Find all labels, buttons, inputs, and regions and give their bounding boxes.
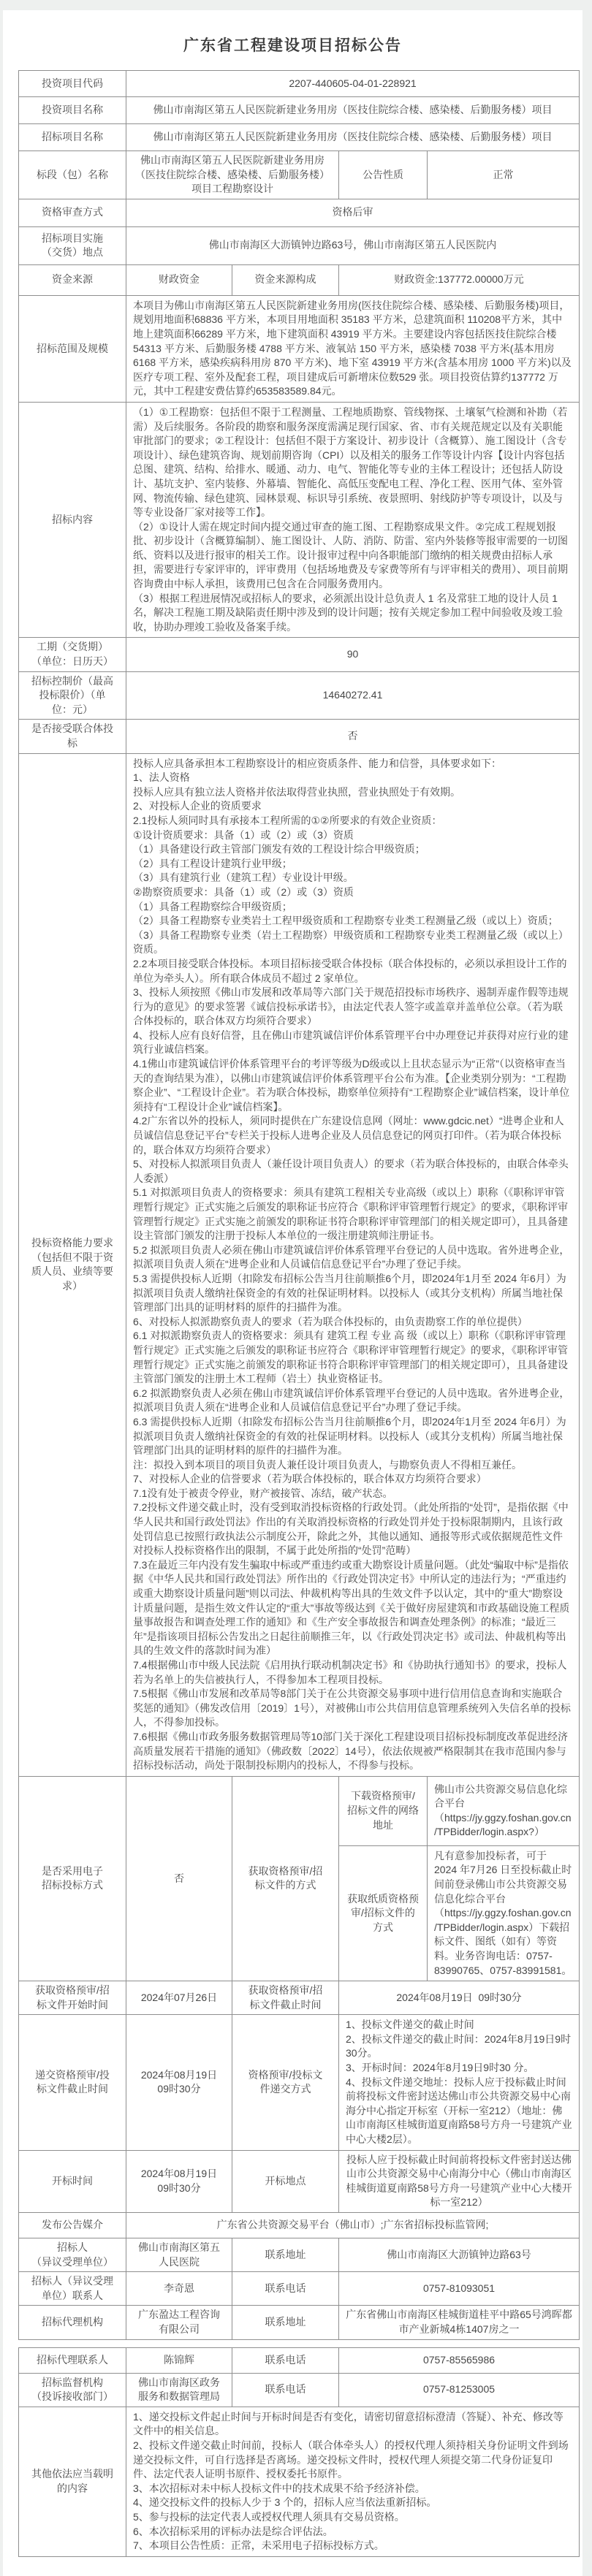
table-row: 招标内容（1）①工程勘察：包括但不限于工程测量、工程地质勘察、管线物探、土壤氡气…	[19, 402, 580, 638]
table-row: 招标监督机构 （投诉接收部门）佛山市南海区政务 服务和数据管理局联系电话0757…	[19, 2373, 580, 2407]
agency-contact-label: 招标代理联系人	[19, 2347, 126, 2373]
funding-composition-value: 财政资金:137772.00000万元	[339, 264, 580, 295]
other-content-label: 其他依法应当载明 的内容	[19, 2407, 126, 2556]
qualification-review-label: 资格审查方式	[19, 199, 126, 226]
table-row: 其他依法应当载明 的内容1、递交投标文件起止时间与开标时间是否有变化，请密切留意…	[19, 2407, 580, 2556]
table-row: 招标人（异议受理 单位）联系人李奇恩联系电话0757-81093051	[19, 2272, 580, 2306]
doc-deadline-label: 获取资格预审/招 标文件截止时间	[232, 1981, 339, 2015]
qualification-review-value: 资格后审	[126, 199, 580, 226]
page-title: 广东省工程建设项目招标公告	[3, 34, 582, 56]
funding-source-label: 资金来源	[19, 264, 126, 295]
investment-name-label: 投资项目名称	[19, 97, 126, 124]
bidder-qualification-value: 投标人应具备承担本工程勘察设计的相应资质条件、能力和信誉，具体要求如下： 1、法…	[126, 753, 580, 1776]
e-bidding-value: 否	[126, 1776, 232, 1981]
consortium-label: 是否接受联合体投 标	[19, 720, 126, 753]
funding-composition-label: 资金来源构成	[232, 264, 339, 295]
submit-method-label: 资格预审/投标文 件递交方式	[232, 2015, 339, 2150]
table-row: 是否采用电子 招标投标方式否获取资格预审/招 标文件的方式下载资格预审/ 招标文…	[19, 1776, 580, 1845]
other-content-value: 1、递交投标文件起止时间与开标时间是否有变化，请密切留意招标澄清（答疑）、补充、…	[126, 2407, 580, 2556]
table-row: 投资项目代码2207-440605-04-01-228921	[19, 71, 580, 97]
table-row: 递交资格预审/投 标文件截止时间2024年08月19日 09时30分资格预审/投…	[19, 2015, 580, 2150]
table-row: 招标代理联系人陈锦辉联系电话0757-85565986	[19, 2347, 580, 2373]
announcement-media-value: 广东省公共资源交易平台（佛山市）;广东省招标投标监管网;	[126, 2213, 580, 2238]
supervisor-phone-label: 联系电话	[232, 2373, 339, 2407]
paper-doc-method-label: 获取纸质资格预 审/招标文件的 方式	[339, 1845, 428, 1981]
tenderer-phone-label: 联系电话	[232, 2272, 339, 2306]
supervisor-phone-value: 0757-81253005	[339, 2373, 580, 2407]
duration-value: 90	[126, 638, 580, 671]
doc-start-time-label: 获取资格预审/招 标文件开始时间	[19, 1981, 126, 2015]
table-row: 招标代理机构广东盈达工程咨询 有限公司联系地址广东省佛山市南海区桂城街道桂平中路…	[19, 2306, 580, 2339]
consortium-value: 否	[126, 720, 580, 753]
table-row: 招标项目名称佛山市南海区第五人民医院新建业务用房（医技住院综合楼、感染楼、后勤服…	[19, 124, 580, 151]
agency-contact-value: 陈锦辉	[126, 2347, 232, 2373]
table-row: 是否接受联合体投 标否	[19, 720, 580, 753]
supervisor-value: 佛山市南海区政务 服务和数据管理局	[126, 2373, 232, 2407]
tenderer-address-value: 佛山市南海区大沥镇钟边路63号	[339, 2238, 580, 2272]
opening-place-label: 开标地点	[232, 2150, 339, 2212]
paper-doc-method-value: 凡有意参加投标者，可于 2024 年7月26 日至投标截止时间前登录佛山市公共资…	[428, 1845, 580, 1981]
e-bidding-label: 是否采用电子 招标投标方式	[19, 1776, 126, 1981]
investment-code-label: 投资项目代码	[19, 71, 126, 97]
announcement-page: 广东省工程建设项目招标公告 投资项目代码2207-440605-04-01-22…	[3, 10, 582, 2576]
supervisor-label: 招标监督机构 （投诉接收部门）	[19, 2373, 126, 2407]
table-row: 获取资格预审/招 标文件开始时间2024年07月26日获取资格预审/招 标文件截…	[19, 1981, 580, 2015]
content-value: （1）①工程勘察：包括但不限于工程测量、工程地质勘察、管线物探、土壤氡气检测和补…	[126, 402, 580, 638]
scope-label: 招标范围及规模	[19, 295, 126, 402]
investment-name-value: 佛山市南海区第五人民医院新建业务用房（医技住院综合楼、感染楼、后勤服务楼）项目	[126, 97, 580, 124]
table-row: 招标项目实施 （交货）地点佛山市南海区大沥镇钟边路63号，佛山市南海区第五人民医…	[19, 226, 580, 264]
tenderer-contact-label: 招标人（异议受理 单位）联系人	[19, 2272, 126, 2306]
opening-time-label: 开标时间	[19, 2150, 126, 2212]
tenderer-value: 佛山市南海区第五 人民医院	[126, 2238, 232, 2272]
funding-source-value: 财政资金	[126, 264, 232, 295]
table-row: 投资项目名称佛山市南海区第五人民医院新建业务用房（医技住院综合楼、感染楼、后勤服…	[19, 97, 580, 124]
table-row: 工期（交货期） （单位：日历天）90	[19, 638, 580, 671]
announcement-table-main: 投资项目代码2207-440605-04-01-228921 投资项目名称佛山市…	[18, 70, 580, 2340]
announcement-media-label: 发布公告媒介	[19, 2213, 126, 2238]
table-row: 投标资格能力要求 （包括但不限于资 质人员、业绩等要 求）投标人应具备承担本工程…	[19, 753, 580, 1776]
table-gap	[3, 2340, 582, 2347]
section-name-value: 佛山市南海区第五人民医院新建业务用房（医技住院综合楼、感染楼、后勤服务楼）项目工…	[126, 151, 339, 199]
opening-time-value: 2024年08月19日 09时30分	[126, 2150, 232, 2212]
table-row: 发布公告媒介广东省公共资源交易平台（佛山市）;广东省招标投标监管网;	[19, 2213, 580, 2238]
agency-label: 招标代理机构	[19, 2306, 126, 2339]
content-label: 招标内容	[19, 402, 126, 638]
tender-name-value: 佛山市南海区第五人民医院新建业务用房（医技住院综合楼、感染楼、后勤服务楼）项目	[126, 124, 580, 151]
tenderer-address-label: 联系地址	[232, 2238, 339, 2272]
tenderer-label: 招标人 （异议受理单位）	[19, 2238, 126, 2272]
tenderer-contact-value: 李奇恩	[126, 2272, 232, 2306]
submit-deadline-label: 递交资格预审/投 标文件截止时间	[19, 2015, 126, 2150]
control-price-value: 14640272.41	[126, 671, 580, 720]
control-price-label: 招标控制价（最高 投标限价）（单 位：元）	[19, 671, 126, 720]
table-row: 资格审查方式资格后审	[19, 199, 580, 226]
doc-download-url-value: 佛山市公共资源交易信息化综合平台 （https://jy.ggzy.foshan…	[428, 1776, 580, 1845]
table-row: 招标控制价（最高 投标限价）（单 位：元）14640272.41	[19, 671, 580, 720]
submit-method-value: 1、投标文件递交的截止时间 2、投标文件递交的截止时间：2024年8月19日9时…	[339, 2015, 580, 2150]
bidder-qualification-label: 投标资格能力要求 （包括但不限于资 质人员、业绩等要 求）	[19, 753, 126, 1776]
agency-value: 广东盈达工程咨询 有限公司	[126, 2306, 232, 2339]
tender-name-label: 招标项目名称	[19, 124, 126, 151]
doc-start-time-value: 2024年07月26日	[126, 1981, 232, 2015]
submit-deadline-value: 2024年08月19日 09时30分	[126, 2015, 232, 2150]
table-row: 资金来源财政资金资金来源构成财政资金:137772.00000万元	[19, 264, 580, 295]
notice-nature-value: 正常	[428, 151, 580, 199]
doc-download-url-label: 下载资格预审/ 招标文件的网络 地址	[339, 1776, 428, 1845]
table-row: 招标范围及规模本项目为佛山市南海区第五人民医院新建业务用房(医技住院综合楼、感染…	[19, 295, 580, 402]
agency-address-label: 联系地址	[232, 2306, 339, 2339]
table-row: 招标人 （异议受理单位）佛山市南海区第五 人民医院联系地址佛山市南海区大沥镇钟边…	[19, 2238, 580, 2272]
delivery-location-value: 佛山市南海区大沥镇钟边路63号，佛山市南海区第五人民医院内	[126, 226, 580, 264]
scope-value: 本项目为佛山市南海区第五人民医院新建业务用房(医技住院综合楼、感染楼、后勤服务楼…	[126, 295, 580, 402]
table-row: 标段（包）名称佛山市南海区第五人民医院新建业务用房（医技住院综合楼、感染楼、后勤…	[19, 151, 580, 199]
announcement-table-footer: 招标代理联系人陈锦辉联系电话0757-85565986 招标监督机构 （投诉接收…	[18, 2347, 580, 2557]
agency-address-value: 广东省佛山市南海区桂城街道桂平中路65号鸿晖都市产业新城4栋1407房之一	[339, 2306, 580, 2339]
section-name-label: 标段（包）名称	[19, 151, 126, 199]
doc-obtain-method-label: 获取资格预审/招 标文件的方式	[232, 1776, 339, 1981]
doc-deadline-value: 2024年08月19日 09时30分	[339, 1981, 580, 2015]
agency-phone-value: 0757-85565986	[339, 2347, 580, 2373]
table-row: 开标时间2024年08月19日 09时30分开标地点投标人应于投标截止时间前将投…	[19, 2150, 580, 2212]
delivery-location-label: 招标项目实施 （交货）地点	[19, 226, 126, 264]
opening-place-value: 投标人应于投标截止时间前将投标文件密封送达佛山市公共资源交易中心南海分中心（佛山…	[339, 2150, 580, 2212]
tenderer-phone-value: 0757-81093051	[339, 2272, 580, 2306]
investment-code-value: 2207-440605-04-01-228921	[126, 71, 580, 97]
notice-nature-label: 公告性质	[339, 151, 428, 199]
agency-phone-label: 联系电话	[232, 2347, 339, 2373]
duration-label: 工期（交货期） （单位：日历天）	[19, 638, 126, 671]
